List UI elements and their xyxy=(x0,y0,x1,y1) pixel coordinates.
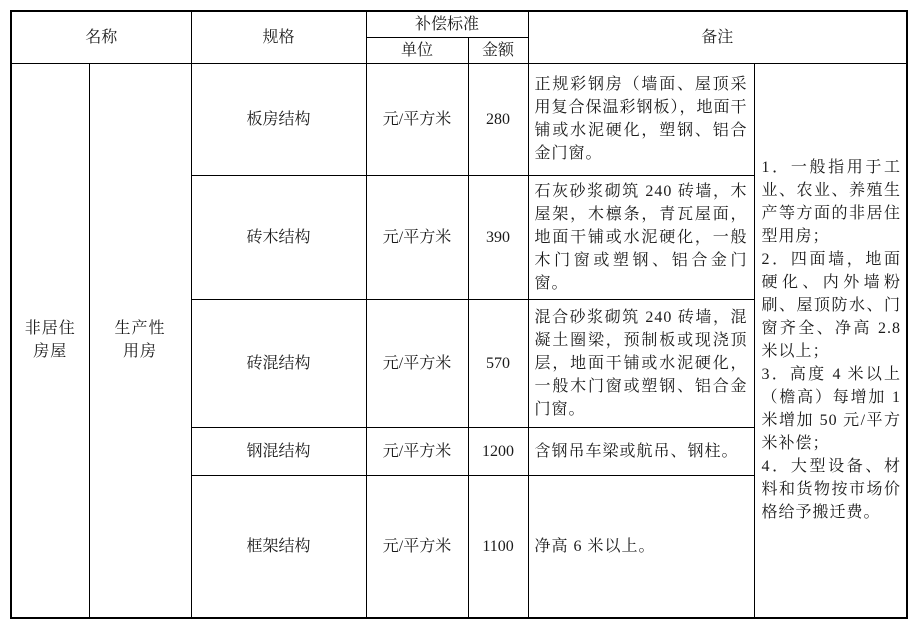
header-remarks: 备注 xyxy=(528,11,907,63)
spec-cell: 框架结构 xyxy=(191,475,366,618)
unit-cell: 元/平方米 xyxy=(366,427,468,475)
header-amount: 金额 xyxy=(468,37,528,63)
amount-cell: 570 xyxy=(468,299,528,427)
amount-cell: 1100 xyxy=(468,475,528,618)
category-cell: 非居住 房屋 xyxy=(11,63,89,618)
header-name: 名称 xyxy=(11,11,191,63)
unit-cell: 元/平方米 xyxy=(366,63,468,175)
remark-cell: 石灰砂浆砌筑 240 砖墙，木屋架，木檩条，青瓦屋面，地面干铺或水泥硬化，一般木… xyxy=(528,175,754,299)
amount-cell: 390 xyxy=(468,175,528,299)
header-unit: 单位 xyxy=(366,37,468,63)
remark-cell: 净高 6 米以上。 xyxy=(528,475,754,618)
unit-cell: 元/平方米 xyxy=(366,175,468,299)
unit-cell: 元/平方米 xyxy=(366,299,468,427)
compensation-standard-table: 名称 规格 补偿标准 备注 单位 金额 非居住 房屋 生产性 用房 板房结构 元… xyxy=(10,10,908,619)
amount-cell: 1200 xyxy=(468,427,528,475)
subcategory-cell: 生产性 用房 xyxy=(89,63,191,618)
header-spec: 规格 xyxy=(191,11,366,63)
amount-cell: 280 xyxy=(468,63,528,175)
header-row-1: 名称 规格 补偿标准 备注 xyxy=(11,11,907,37)
unit-cell: 元/平方米 xyxy=(366,475,468,618)
spec-cell: 钢混结构 xyxy=(191,427,366,475)
header-compensation-standard: 补偿标准 xyxy=(366,11,528,37)
notes-cell: 1．一般指用于工业、农业、养殖生产等方面的非居住型用房； 2．四面墙，地面硬化、… xyxy=(754,63,907,618)
spec-cell: 砖木结构 xyxy=(191,175,366,299)
spec-cell: 板房结构 xyxy=(191,63,366,175)
page: 名称 规格 补偿标准 备注 单位 金额 非居住 房屋 生产性 用房 板房结构 元… xyxy=(0,0,911,619)
remark-cell: 正规彩钢房（墙面、屋顶采用复合保温彩钢板），地面干铺或水泥硬化，塑钢、铝合金门窗… xyxy=(528,63,754,175)
remark-cell: 混合砂浆砌筑 240 砖墙，混凝土圈梁，预制板或现浇顶层，地面干铺或水泥硬化，一… xyxy=(528,299,754,427)
remark-cell: 含钢吊车梁或航吊、钢柱。 xyxy=(528,427,754,475)
spec-cell: 砖混结构 xyxy=(191,299,366,427)
table-row: 非居住 房屋 生产性 用房 板房结构 元/平方米 280 正规彩钢房（墙面、屋顶… xyxy=(11,63,907,175)
